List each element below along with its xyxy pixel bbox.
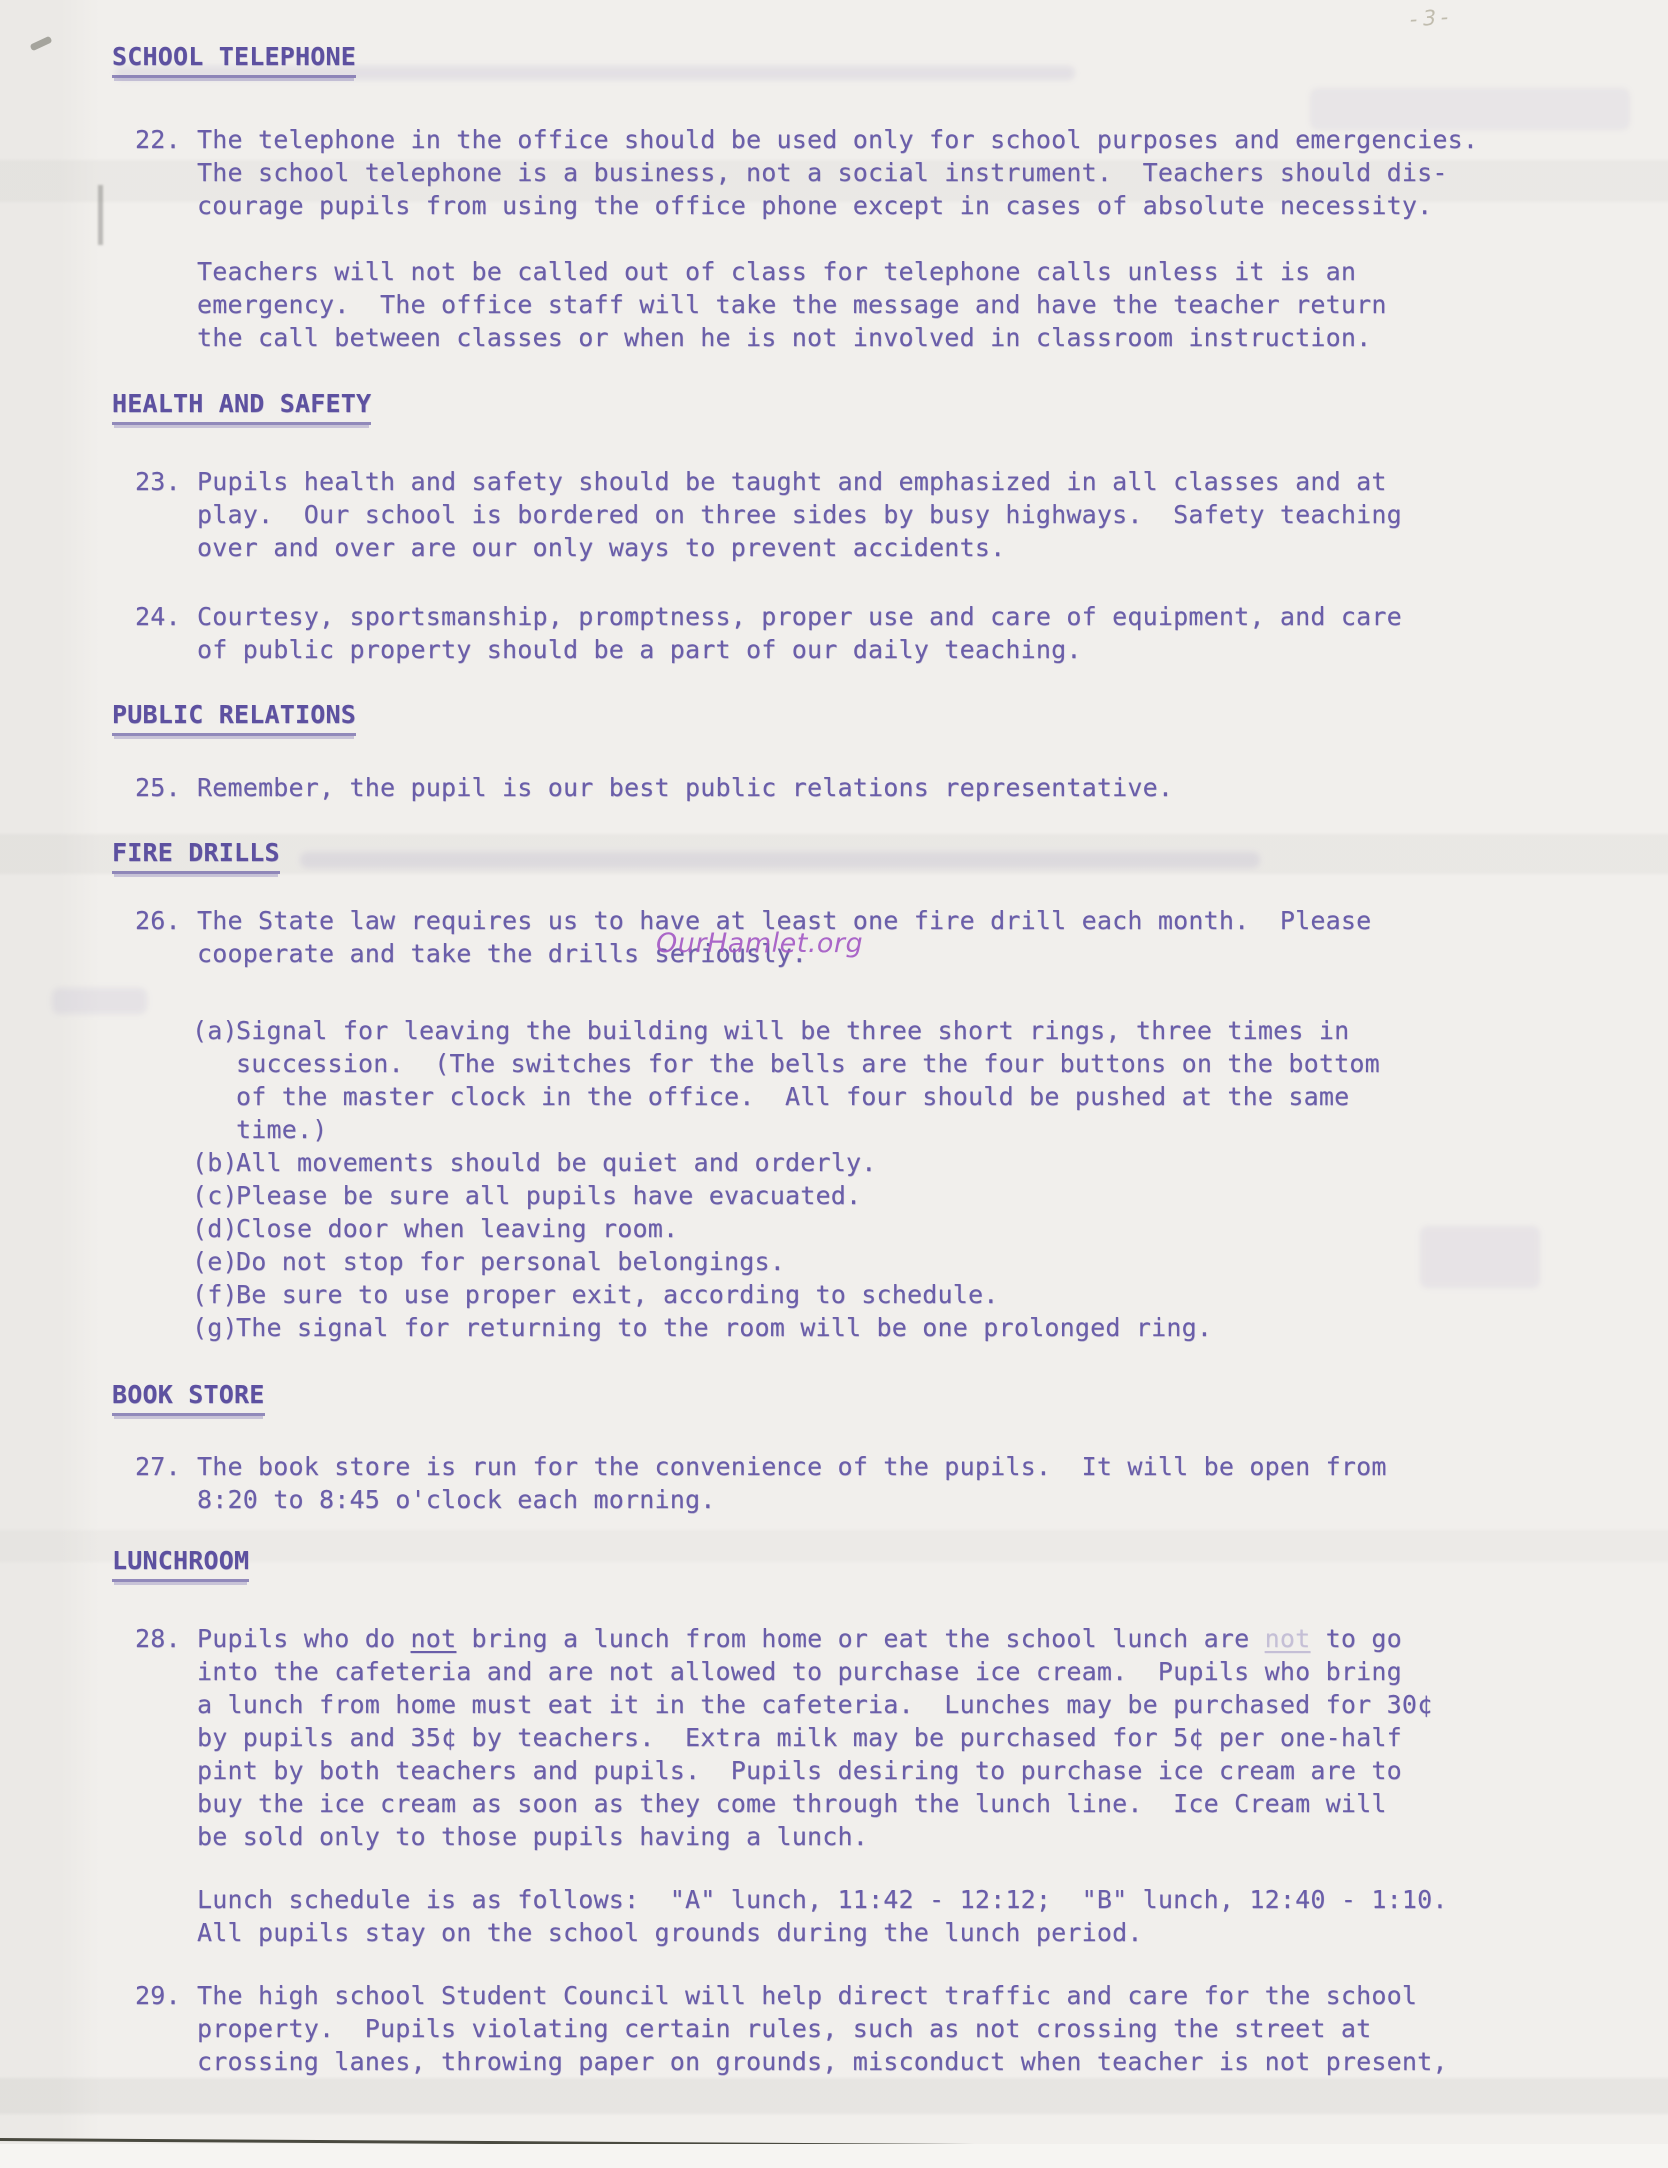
section-heading-public-relations: PUBLIC RELATIONS bbox=[112, 698, 1668, 736]
paragraph: Teachers will not be called out of class… bbox=[197, 255, 1668, 354]
underlined-word: not bbox=[411, 1624, 457, 1653]
text-line: Close door when leaving room. bbox=[236, 1212, 1668, 1245]
text-line: Courtesy, sportsmanship, promptness, pro… bbox=[197, 600, 1668, 633]
item-number: 23. bbox=[135, 465, 197, 498]
section-heading-school-telephone: SCHOOL TELEPHONE bbox=[112, 40, 1668, 78]
item-number: 28. bbox=[135, 1622, 197, 1655]
subitem-label: (e) bbox=[192, 1245, 236, 1278]
page-bottom-strip bbox=[0, 2144, 1668, 2168]
item-23: 23. Pupils health and safety should be t… bbox=[0, 465, 1668, 564]
paragraph: Pupils who do not bring a lunch from hom… bbox=[197, 1622, 1668, 1853]
subitem-label: (a) bbox=[192, 1014, 236, 1047]
scanned-document-page: -3- SCHOOL TELEPHONE 22. The telephone i… bbox=[0, 0, 1668, 2168]
text-line: The book store is run for the convenienc… bbox=[197, 1450, 1668, 1483]
text-line: of the master clock in the office. All f… bbox=[236, 1080, 1668, 1113]
text-line: buy the ice cream as soon as they come t… bbox=[197, 1787, 1668, 1820]
item-number: 24. bbox=[135, 600, 197, 633]
paragraph: Remember, the pupil is our best public r… bbox=[197, 771, 1668, 804]
text-line: All pupils stay on the school grounds du… bbox=[197, 1916, 1668, 1949]
item-22: 22. The telephone in the office should b… bbox=[0, 123, 1668, 354]
text-line: All movements should be quiet and orderl… bbox=[236, 1146, 1668, 1179]
item-number: 29. bbox=[135, 1979, 197, 2012]
watermark: OurHamlet.org bbox=[656, 928, 863, 959]
text-line: time.) bbox=[236, 1113, 1668, 1146]
subitem-label: (b) bbox=[192, 1146, 236, 1179]
text-line: cooperate and take the drills seriously. bbox=[197, 937, 1668, 970]
text-line: a lunch from home must eat it in the caf… bbox=[197, 1688, 1668, 1721]
text-line: Pupils health and safety should be taugh… bbox=[197, 465, 1668, 498]
subitem-label: (g) bbox=[192, 1311, 236, 1344]
item-number: 27. bbox=[135, 1450, 197, 1483]
subitem-label: (d) bbox=[192, 1212, 236, 1245]
text-line: be sold only to those pupils having a lu… bbox=[197, 1820, 1668, 1853]
paragraph: Courtesy, sportsmanship, promptness, pro… bbox=[197, 600, 1668, 666]
text-line: into the cafeteria and are not allowed t… bbox=[197, 1655, 1668, 1688]
paragraph-lunch-schedule: Lunch schedule is as follows: "A" lunch,… bbox=[197, 1883, 1668, 1949]
text-line: The high school Student Council will hel… bbox=[197, 1979, 1668, 2012]
section-heading-lunchroom: LUNCHROOM bbox=[112, 1544, 1668, 1582]
item-24: 24. Courtesy, sportsmanship, promptness,… bbox=[0, 600, 1668, 666]
paragraph: The high school Student Council will hel… bbox=[197, 1979, 1668, 2078]
text-line: emergency. The office staff will take th… bbox=[197, 288, 1668, 321]
text-line: Teachers will not be called out of class… bbox=[197, 255, 1668, 288]
document-body: SCHOOL TELEPHONE 22. The telephone in th… bbox=[0, 0, 1668, 2078]
subitem-e: (e) Do not stop for personal belongings. bbox=[0, 1245, 1668, 1278]
item-28: 28. Pupils who do not bring a lunch from… bbox=[0, 1622, 1668, 1949]
paragraph: The telephone in the office should be us… bbox=[197, 123, 1668, 222]
text-line: crossing lanes, throwing paper on ground… bbox=[197, 2045, 1668, 2078]
item-29: 29. The high school Student Council will… bbox=[0, 1979, 1668, 2078]
item-number: 22. bbox=[135, 123, 197, 156]
text-line: The school telephone is a business, not … bbox=[197, 156, 1668, 189]
section-heading-book-store: BOOK STORE bbox=[112, 1378, 1668, 1416]
paragraph: The State law requires us to have at lea… bbox=[197, 904, 1668, 970]
text-line: by pupils and 35¢ by teachers. Extra mil… bbox=[197, 1721, 1668, 1754]
text-line: Remember, the pupil is our best public r… bbox=[197, 771, 1668, 804]
text-line: Signal for leaving the building will be … bbox=[236, 1014, 1668, 1047]
text-line: of public property should be a part of o… bbox=[197, 633, 1668, 666]
text-line: The signal for returning to the room wil… bbox=[236, 1311, 1668, 1344]
text-line: play. Our school is bordered on three si… bbox=[197, 498, 1668, 531]
text-line: The State law requires us to have at lea… bbox=[197, 904, 1668, 937]
text-line: Be sure to use proper exit, according to… bbox=[236, 1278, 1668, 1311]
text-line: property. Pupils violating certain rules… bbox=[197, 2012, 1668, 2045]
text-line: over and over are our only ways to preve… bbox=[197, 531, 1668, 564]
subitem-label: (c) bbox=[192, 1179, 236, 1212]
text-line: Lunch schedule is as follows: "A" lunch,… bbox=[197, 1883, 1668, 1916]
subitem-label: (f) bbox=[192, 1278, 236, 1311]
section-heading-health-and-safety: HEALTH AND SAFETY bbox=[112, 387, 1668, 425]
subitem-g: (g) The signal for returning to the room… bbox=[0, 1311, 1668, 1344]
text-line: the call between classes or when he is n… bbox=[197, 321, 1668, 354]
text-line: Please be sure all pupils have evacuated… bbox=[236, 1179, 1668, 1212]
text-line: Pupils who do not bring a lunch from hom… bbox=[197, 1622, 1668, 1655]
subitem-d: (d) Close door when leaving room. bbox=[0, 1212, 1668, 1245]
section-heading-fire-drills: FIRE DRILLS bbox=[112, 836, 1668, 874]
subitem-f: (f) Be sure to use proper exit, accordin… bbox=[0, 1278, 1668, 1311]
text-line: Do not stop for personal belongings. bbox=[236, 1245, 1668, 1278]
underlined-faded-word: not bbox=[1265, 1624, 1311, 1653]
text-line: pint by both teachers and pupils. Pupils… bbox=[197, 1754, 1668, 1787]
item-25: 25. Remember, the pupil is our best publ… bbox=[0, 771, 1668, 804]
text-line: 8:20 to 8:45 o'clock each morning. bbox=[197, 1483, 1668, 1516]
subitem-c: (c) Please be sure all pupils have evacu… bbox=[0, 1179, 1668, 1212]
paragraph: The book store is run for the convenienc… bbox=[197, 1450, 1668, 1516]
item-number: 26. bbox=[135, 904, 197, 937]
subitem-a: (a) Signal for leaving the building will… bbox=[0, 1014, 1668, 1146]
item-27: 27. The book store is run for the conven… bbox=[0, 1450, 1668, 1516]
item-number: 25. bbox=[135, 771, 197, 804]
subitem-b: (b) All movements should be quiet and or… bbox=[0, 1146, 1668, 1179]
text-line: courage pupils from using the office pho… bbox=[197, 189, 1668, 222]
paragraph: Pupils health and safety should be taugh… bbox=[197, 465, 1668, 564]
text-line: The telephone in the office should be us… bbox=[197, 123, 1668, 156]
text-line: succession. (The switches for the bells … bbox=[236, 1047, 1668, 1080]
